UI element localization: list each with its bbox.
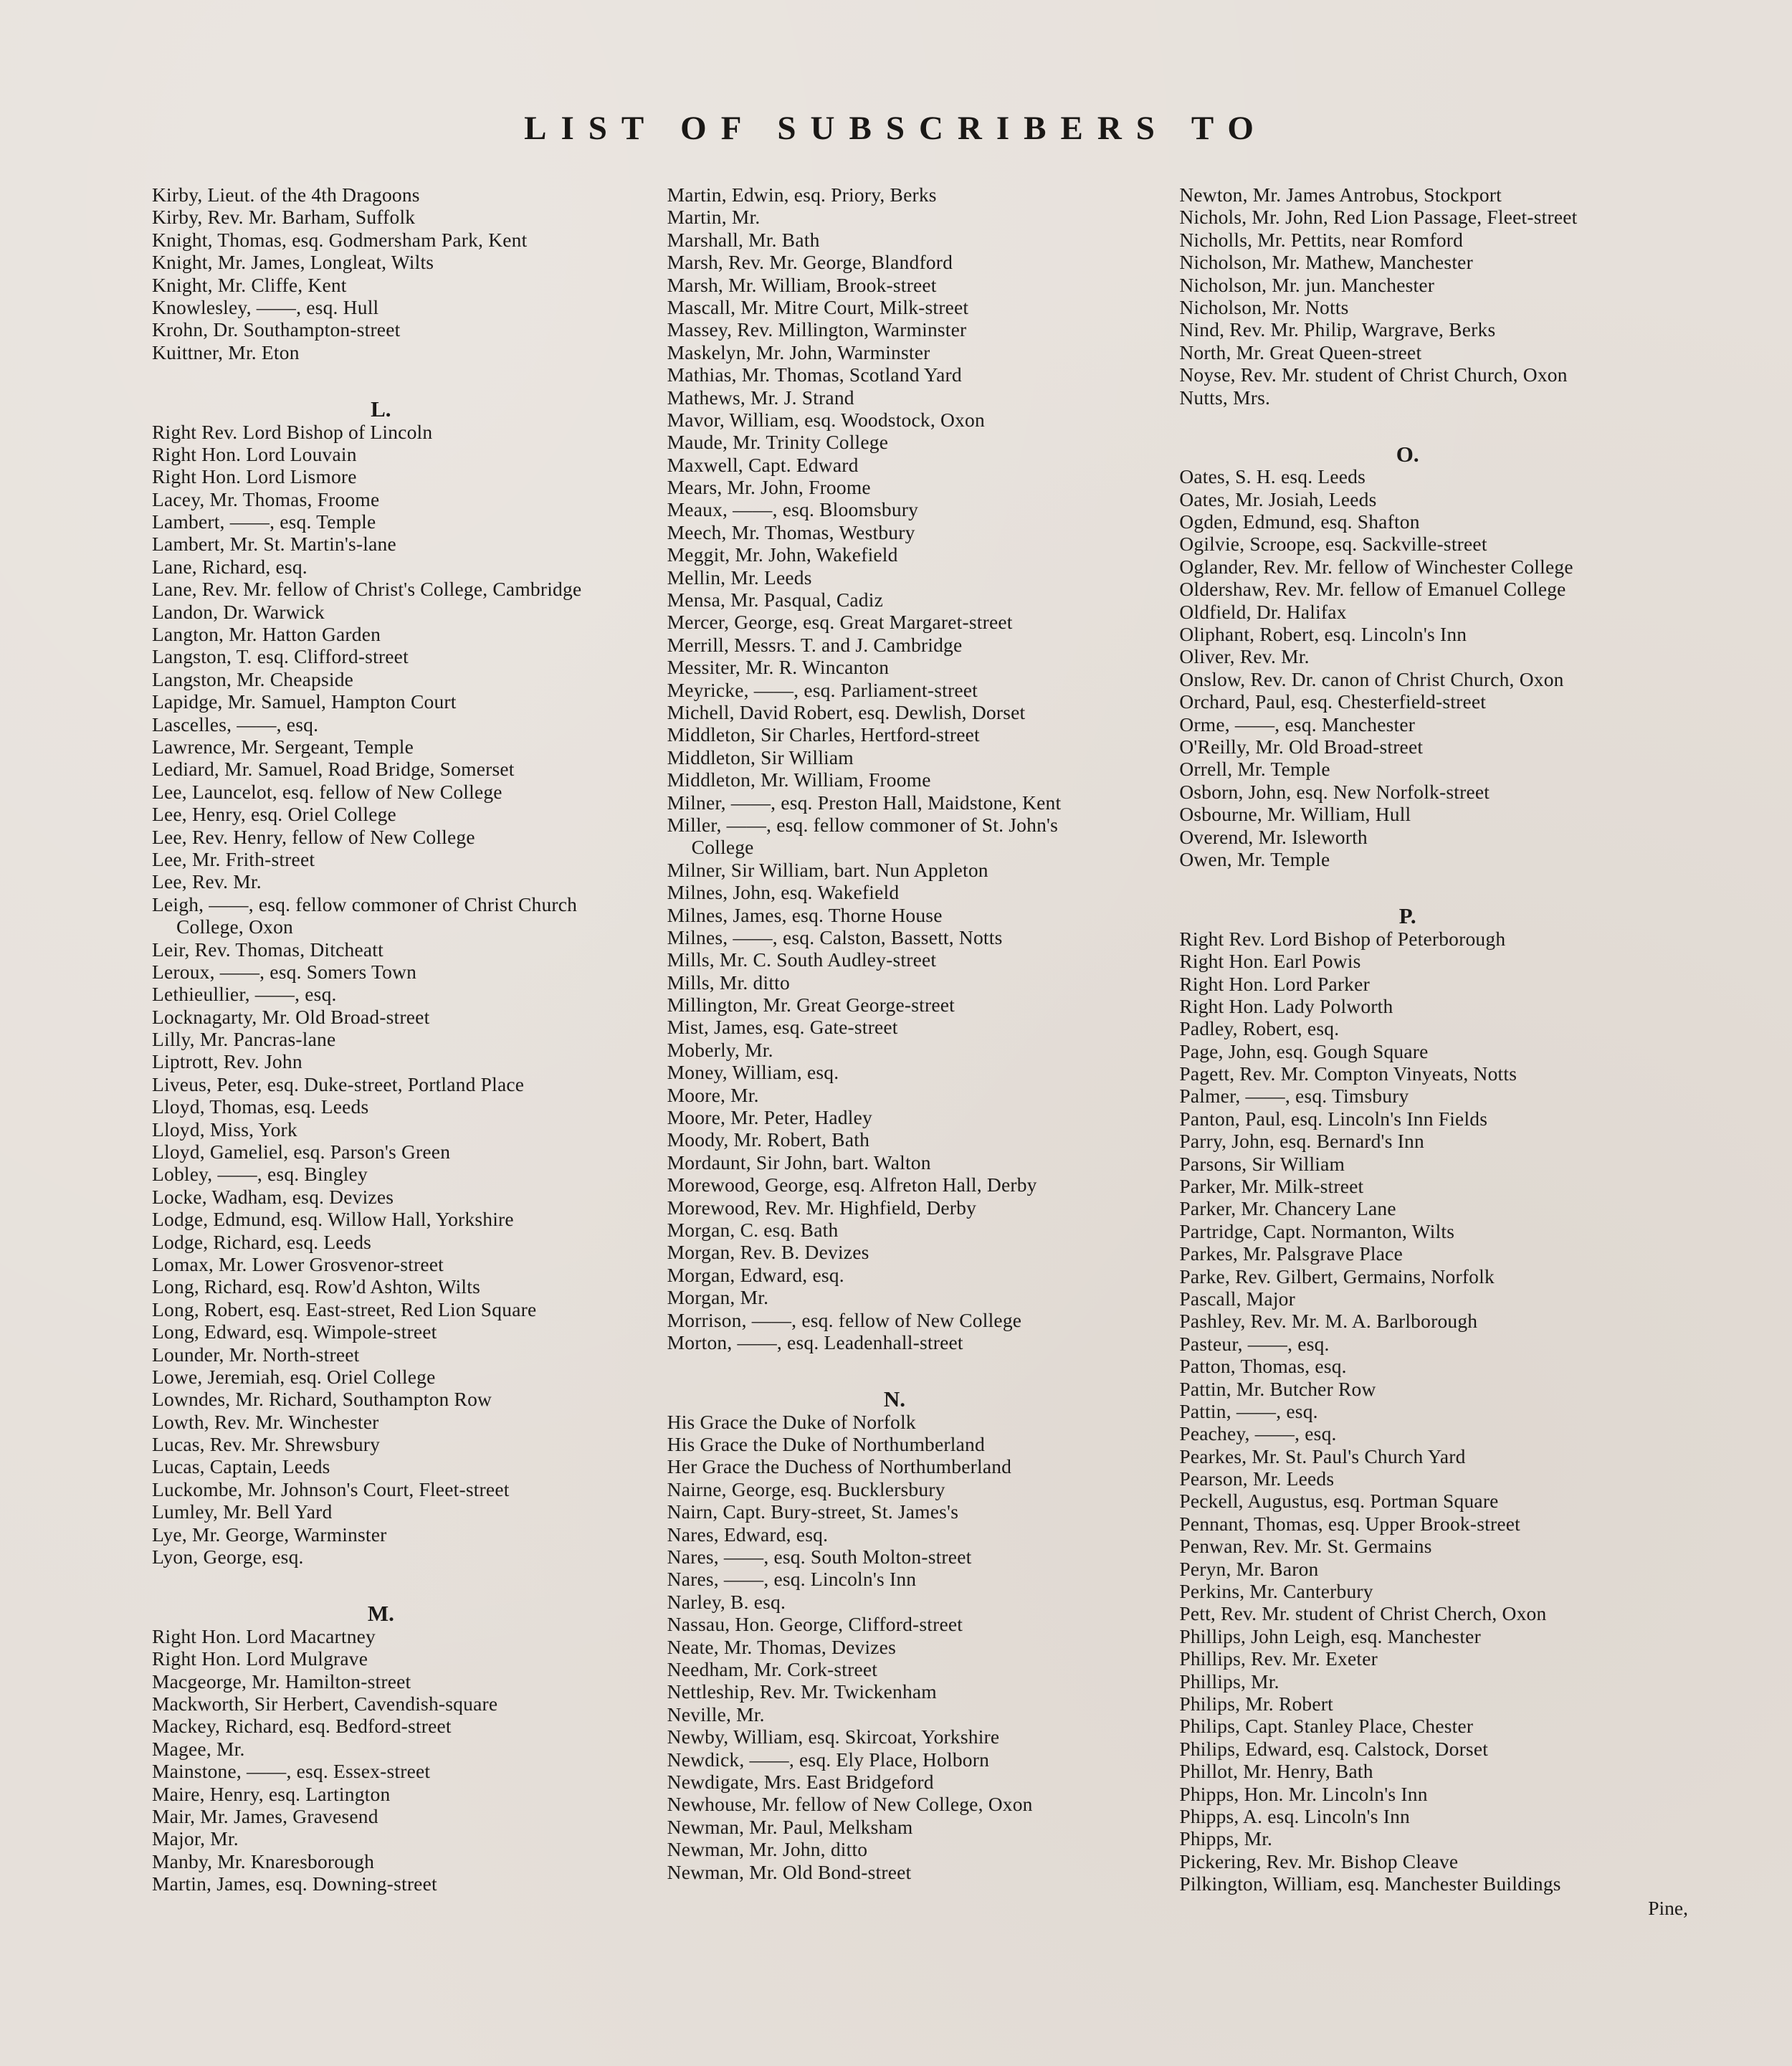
list-item: Padley, Robert, esq. (1179, 1017, 1693, 1039)
list-item: Phipps, Hon. Mr. Lincoln's Inn (1179, 1783, 1693, 1805)
list-item: Marsh, Mr. William, Brook-street (667, 274, 1180, 296)
list-item: His Grace the Duke of Northumberland (667, 1433, 1180, 1455)
list-item: Martin, James, esq. Downing-street (152, 1872, 667, 1895)
list-item: Mist, James, esq. Gate-street (667, 1016, 1180, 1038)
list-item: Nicholson, Mr. jun. Manchester (1179, 274, 1693, 296)
list-item: Panton, Paul, esq. Lincoln's Inn Fields (1179, 1108, 1693, 1130)
list-item: Oates, Mr. Josiah, Leeds (1179, 488, 1693, 510)
list-item: Nettleship, Rev. Mr. Twickenham (667, 1680, 1180, 1703)
list-item: Lambert, Mr. St. Martin's-lane (152, 533, 667, 555)
list-item: North, Mr. Great Queen-street (1179, 341, 1693, 363)
column-3: Newton, Mr. James Antrobus, StockportNic… (1179, 184, 1693, 1895)
list-item: Middleton, Mr. William, Froome (667, 768, 1180, 791)
list-item: Nairne, George, esq. Bucklersbury (667, 1478, 1180, 1500)
list-item: Miller, ——, esq. fellow commoner of St. … (667, 814, 1180, 836)
list-item: Oliver, Rev. Mr. (1179, 645, 1693, 667)
list-item: O'Reilly, Mr. Old Broad-street (1179, 736, 1693, 758)
list-item: Newman, Mr. Old Bond-street (667, 1861, 1180, 1883)
list-item: Liveus, Peter, esq. Duke-street, Portlan… (152, 1073, 667, 1095)
list-item: Phillot, Mr. Henry, Bath (1179, 1760, 1693, 1782)
list-item: Milner, Sir William, bart. Nun Appleton (667, 859, 1180, 881)
list-item: Perkins, Mr. Canterbury (1179, 1580, 1693, 1602)
list-item: His Grace the Duke of Norfolk (667, 1411, 1180, 1433)
list-item: Leroux, ——, esq. Somers Town (152, 961, 667, 983)
list-item: Pearkes, Mr. St. Paul's Church Yard (1179, 1445, 1693, 1467)
list-item: Massey, Rev. Millington, Warminster (667, 318, 1180, 341)
list-item: Meaux, ——, esq. Bloomsbury (667, 498, 1180, 520)
list-item: Right Hon. Lady Polworth (1179, 995, 1693, 1017)
list-item: Mills, Mr. ditto (667, 971, 1180, 994)
list-item: Nares, Edward, esq. (667, 1523, 1180, 1546)
list-item: Mercer, George, esq. Great Margaret-stre… (667, 611, 1180, 633)
list-item: Morton, ——, esq. Leadenhall-street (667, 1331, 1180, 1353)
list-item: Phillips, John Leigh, esq. Manchester (1179, 1625, 1693, 1647)
list-item: Marshall, Mr. Bath (667, 229, 1180, 251)
list-item: Morewood, Rev. Mr. Highfield, Derby (667, 1196, 1180, 1219)
list-item: Mordaunt, Sir John, bart. Walton (667, 1151, 1180, 1174)
list-item: Right Rev. Lord Bishop of Lincoln (152, 421, 667, 443)
list-item: Lane, Rev. Mr. fellow of Christ's Colleg… (152, 578, 667, 600)
list-item: Oates, S. H. esq. Leeds (1179, 465, 1693, 487)
section-letter: N. (667, 1388, 1180, 1410)
list-item: Kirby, Rev. Mr. Barham, Suffolk (152, 206, 667, 228)
list-item: Lucas, Captain, Leeds (152, 1455, 667, 1477)
list-item: Pagett, Rev. Mr. Compton Vinyeats, Notts (1179, 1062, 1693, 1085)
list-item: Phipps, Mr. (1179, 1827, 1693, 1850)
list-item: Moody, Mr. Robert, Bath (667, 1128, 1180, 1151)
list-item: Lediard, Mr. Samuel, Road Bridge, Somers… (152, 758, 667, 780)
list-item: Landon, Dr. Warwick (152, 601, 667, 623)
list-item: Money, William, esq. (667, 1061, 1180, 1083)
list-item: Lowth, Rev. Mr. Winchester (152, 1411, 667, 1433)
list-item: Pattin, ——, esq. (1179, 1400, 1693, 1422)
list-item: Pilkington, William, esq. Manchester Bui… (1179, 1872, 1693, 1895)
list-item: Parker, Mr. Chancery Lane (1179, 1197, 1693, 1219)
list-item: Lacey, Mr. Thomas, Froome (152, 488, 667, 510)
list-item: Nichols, Mr. John, Red Lion Passage, Fle… (1179, 206, 1693, 228)
subscriber-columns: Kirby, Lieut. of the 4th DragoonsKirby, … (152, 184, 1693, 1895)
list-item: Lloyd, Miss, York (152, 1118, 667, 1141)
list-item: Parke, Rev. Gilbert, Germains, Norfolk (1179, 1265, 1693, 1287)
list-item: Phipps, A. esq. Lincoln's Inn (1179, 1805, 1693, 1827)
list-item: Ogden, Edmund, esq. Shafton (1179, 510, 1693, 533)
section-letter: M. (152, 1602, 667, 1624)
list-item: Right Hon. Earl Powis (1179, 950, 1693, 972)
list-item: Meggit, Mr. John, Wakefield (667, 543, 1180, 566)
list-item: Right Hon. Lord Mulgrave (152, 1647, 667, 1670)
list-item: Penwan, Rev. Mr. St. Germains (1179, 1535, 1693, 1557)
section-letter: P. (1179, 905, 1693, 927)
list-item: Martin, Mr. (667, 206, 1180, 228)
list-item: Nares, ——, esq. South Molton-street (667, 1546, 1180, 1568)
list-item: Owen, Mr. Temple (1179, 848, 1693, 870)
list-item: Lethieullier, ——, esq. (152, 983, 667, 1005)
list-item: Lowndes, Mr. Richard, Southampton Row (152, 1388, 667, 1410)
list-item: Luckombe, Mr. Johnson's Court, Fleet-str… (152, 1478, 667, 1500)
list-item: Maire, Henry, esq. Lartington (152, 1783, 667, 1805)
list-item: Oldershaw, Rev. Mr. fellow of Emanuel Co… (1179, 578, 1693, 600)
list-item: Millington, Mr. Great George-street (667, 994, 1180, 1016)
list-item: Pearson, Mr. Leeds (1179, 1467, 1693, 1490)
list-item: Osborn, John, esq. New Norfolk-street (1179, 781, 1693, 803)
list-item: Oldfield, Dr. Halifax (1179, 601, 1693, 623)
list-item: Maude, Mr. Trinity College (667, 431, 1180, 453)
list-item: Her Grace the Duchess of Northumberland (667, 1455, 1180, 1477)
list-item: Lobley, ——, esq. Bingley (152, 1163, 667, 1185)
list-item: Lee, Launcelot, esq. fellow of New Colle… (152, 781, 667, 803)
list-item: Maskelyn, Mr. John, Warminster (667, 341, 1180, 363)
list-item: Langton, Mr. Hatton Garden (152, 623, 667, 645)
list-item-continuation: College (667, 836, 1180, 858)
section-letter: O. (1179, 443, 1693, 465)
list-item: Narley, B. esq. (667, 1591, 1180, 1613)
list-item: Nairn, Capt. Bury-street, St. James's (667, 1500, 1180, 1523)
list-item: Lee, Mr. Frith-street (152, 848, 667, 870)
list-item: Moore, Mr. (667, 1084, 1180, 1106)
list-item: Morgan, C. esq. Bath (667, 1219, 1180, 1241)
list-item: Nassau, Hon. George, Clifford-street (667, 1613, 1180, 1635)
list-item: Locke, Wadham, esq. Devizes (152, 1186, 667, 1208)
list-item: Middleton, Sir Charles, Hertford-street (667, 723, 1180, 746)
list-item: Milnes, ——, esq. Calston, Bassett, Notts (667, 926, 1180, 948)
list-item: Parker, Mr. Milk-street (1179, 1175, 1693, 1197)
list-item: Onslow, Rev. Dr. canon of Christ Church,… (1179, 668, 1693, 690)
list-item: Pett, Rev. Mr. student of Christ Cherch,… (1179, 1602, 1693, 1624)
list-item: Moberly, Mr. (667, 1039, 1180, 1061)
list-item: Knight, Mr. James, Longleat, Wilts (152, 251, 667, 273)
list-item: Phillips, Rev. Mr. Exeter (1179, 1647, 1693, 1670)
list-item: Mascall, Mr. Mitre Court, Milk-street (667, 296, 1180, 318)
list-item: Knight, Mr. Cliffe, Kent (152, 274, 667, 296)
list-item: Mackey, Richard, esq. Bedford-street (152, 1715, 667, 1737)
list-item: Morgan, Mr. (667, 1286, 1180, 1308)
list-item: Knowlesley, ——, esq. Hull (152, 296, 667, 318)
list-item: Magee, Mr. (152, 1738, 667, 1760)
list-item: Orme, ——, esq. Manchester (1179, 713, 1693, 736)
list-item: Locknagarty, Mr. Old Broad-street (152, 1006, 667, 1028)
list-item: Lilly, Mr. Pancras-lane (152, 1028, 667, 1050)
list-item: Neate, Mr. Thomas, Devizes (667, 1636, 1180, 1658)
list-item: Overend, Mr. Isleworth (1179, 826, 1693, 848)
list-item: Moore, Mr. Peter, Hadley (667, 1106, 1180, 1128)
list-item: Right Hon. Lord Parker (1179, 973, 1693, 995)
list-item: Mavor, William, esq. Woodstock, Oxon (667, 409, 1180, 431)
list-item: Lee, Rev. Mr. (152, 870, 667, 892)
list-item: Pasteur, ——, esq. (1179, 1333, 1693, 1355)
list-item: Lambert, ——, esq. Temple (152, 510, 667, 533)
list-item: Pennant, Thomas, esq. Upper Brook-street (1179, 1513, 1693, 1535)
list-item: Phillips, Mr. (1179, 1670, 1693, 1693)
list-item: Mathias, Mr. Thomas, Scotland Yard (667, 363, 1180, 386)
list-item: Lucas, Rev. Mr. Shrewsbury (152, 1433, 667, 1455)
list-item: Right Hon. Lord Lismore (152, 465, 667, 487)
list-item: Nicholls, Mr. Pettits, near Romford (1179, 229, 1693, 251)
list-item: Lowe, Jeremiah, esq. Oriel College (152, 1366, 667, 1388)
list-item: Meyricke, ——, esq. Parliament-street (667, 679, 1180, 701)
list-item: Oglander, Rev. Mr. fellow of Winchester … (1179, 556, 1693, 578)
list-item: Mensa, Mr. Pasqual, Cadiz (667, 589, 1180, 611)
list-item: Kirby, Lieut. of the 4th Dragoons (152, 184, 667, 206)
list-item: Morgan, Rev. B. Devizes (667, 1241, 1180, 1263)
list-item: Lounder, Mr. North-street (152, 1343, 667, 1366)
list-item-continuation: College, Oxon (152, 915, 667, 938)
list-item: Newdick, ——, esq. Ely Place, Holborn (667, 1748, 1180, 1771)
list-item: Lye, Mr. George, Warminster (152, 1523, 667, 1546)
list-item: Lloyd, Thomas, esq. Leeds (152, 1095, 667, 1118)
list-item: Nutts, Mrs. (1179, 386, 1693, 409)
list-item: Meech, Mr. Thomas, Westbury (667, 521, 1180, 543)
list-item: Langston, Mr. Cheapside (152, 668, 667, 690)
list-item: Lodge, Richard, esq. Leeds (152, 1231, 667, 1253)
list-item: Page, John, esq. Gough Square (1179, 1040, 1693, 1062)
list-item: Orchard, Paul, esq. Chesterfield-street (1179, 690, 1693, 713)
list-item: Right Hon. Lord Louvain (152, 443, 667, 465)
list-item: Newby, William, esq. Skircoat, Yorkshire (667, 1725, 1180, 1748)
list-item: Lee, Rev. Henry, fellow of New College (152, 826, 667, 848)
list-item: Merrill, Messrs. T. and J. Cambridge (667, 634, 1180, 656)
list-item: Pashley, Rev. Mr. M. A. Barlborough (1179, 1310, 1693, 1332)
list-item: Nicholson, Mr. Notts (1179, 296, 1693, 318)
list-item: Macgeorge, Mr. Hamilton-street (152, 1670, 667, 1693)
list-item: Lane, Richard, esq. (152, 556, 667, 578)
list-item: Lascelles, ——, esq. (152, 713, 667, 736)
list-item: Morewood, George, esq. Alfreton Hall, De… (667, 1174, 1180, 1196)
list-item: Maxwell, Capt. Edward (667, 454, 1180, 476)
list-item: Lloyd, Gameliel, esq. Parson's Green (152, 1141, 667, 1163)
list-item: Partridge, Capt. Normanton, Wilts (1179, 1220, 1693, 1242)
list-item: Right Rev. Lord Bishop of Peterborough (1179, 928, 1693, 950)
list-item: Morrison, ——, esq. fellow of New College (667, 1309, 1180, 1331)
list-item: Lapidge, Mr. Samuel, Hampton Court (152, 690, 667, 713)
list-item: Osbourne, Mr. William, Hull (1179, 803, 1693, 825)
list-item: Orrell, Mr. Temple (1179, 758, 1693, 780)
list-item: Right Hon. Lord Macartney (152, 1625, 667, 1647)
list-item: Middleton, Sir William (667, 746, 1180, 768)
catchword: Pine, (1648, 1897, 1688, 1920)
list-item: Parsons, Sir William (1179, 1153, 1693, 1175)
list-item: Michell, David Robert, esq. Dewlish, Dor… (667, 701, 1180, 723)
list-item: Philips, Edward, esq. Calstock, Dorset (1179, 1738, 1693, 1760)
list-item: Pascall, Major (1179, 1287, 1693, 1310)
list-item: Mears, Mr. John, Froome (667, 476, 1180, 498)
list-item: Mainstone, ——, esq. Essex-street (152, 1760, 667, 1782)
list-item: Palmer, ——, esq. Timsbury (1179, 1085, 1693, 1107)
list-item: Needham, Mr. Cork-street (667, 1658, 1180, 1680)
list-item: Nares, ——, esq. Lincoln's Inn (667, 1568, 1180, 1590)
list-item: Morgan, Edward, esq. (667, 1264, 1180, 1286)
list-item: Mellin, Mr. Leeds (667, 566, 1180, 589)
list-item: Peachey, ——, esq. (1179, 1422, 1693, 1444)
list-item: Nind, Rev. Mr. Philip, Wargrave, Berks (1179, 318, 1693, 341)
list-item: Lodge, Edmund, esq. Willow Hall, Yorkshi… (152, 1208, 667, 1230)
list-item: Peryn, Mr. Baron (1179, 1558, 1693, 1580)
list-item: Long, Edward, esq. Wimpole-street (152, 1320, 667, 1343)
list-item: Nicholson, Mr. Mathew, Manchester (1179, 251, 1693, 273)
list-item: Lawrence, Mr. Sergeant, Temple (152, 736, 667, 758)
list-item: Leigh, ——, esq. fellow commoner of Chris… (152, 893, 667, 915)
list-item: Patton, Thomas, esq. (1179, 1355, 1693, 1377)
list-item: Philips, Mr. Robert (1179, 1693, 1693, 1715)
list-item: Parkes, Mr. Palsgrave Place (1179, 1242, 1693, 1265)
column-1: Kirby, Lieut. of the 4th DragoonsKirby, … (152, 184, 667, 1895)
list-item: Lee, Henry, esq. Oriel College (152, 803, 667, 825)
list-item: Newton, Mr. James Antrobus, Stockport (1179, 184, 1693, 206)
column-2: Martin, Edwin, esq. Priory, BerksMartin,… (667, 184, 1180, 1895)
list-item: Krohn, Dr. Southampton-street (152, 318, 667, 341)
list-item: Newman, Mr. Paul, Melksham (667, 1816, 1180, 1838)
list-item: Lumley, Mr. Bell Yard (152, 1500, 667, 1523)
list-item: Neville, Mr. (667, 1703, 1180, 1725)
list-item: Leir, Rev. Thomas, Ditcheatt (152, 938, 667, 961)
list-item: Lyon, George, esq. (152, 1546, 667, 1568)
list-item: Newman, Mr. John, ditto (667, 1838, 1180, 1860)
list-item: Langston, T. esq. Clifford-street (152, 645, 667, 667)
list-item: Long, Richard, esq. Row'd Ashton, Wilts (152, 1275, 667, 1298)
list-item: Pickering, Rev. Mr. Bishop Cleave (1179, 1850, 1693, 1872)
list-item: Noyse, Rev. Mr. student of Christ Church… (1179, 363, 1693, 386)
list-item: Oliphant, Robert, esq. Lincoln's Inn (1179, 623, 1693, 645)
list-item: Long, Robert, esq. East-street, Red Lion… (152, 1298, 667, 1320)
page-title: LIST OF SUBSCRIBERS TO (0, 109, 1792, 148)
list-item: Mathews, Mr. J. Strand (667, 386, 1180, 409)
section-letter: L. (152, 398, 667, 420)
list-item: Newhouse, Mr. fellow of New College, Oxo… (667, 1793, 1180, 1815)
list-item: Mills, Mr. C. South Audley-street (667, 948, 1180, 971)
list-item: Milner, ——, esq. Preston Hall, Maidstone… (667, 791, 1180, 814)
list-item: Mair, Mr. James, Gravesend (152, 1805, 667, 1827)
list-item: Messiter, Mr. R. Wincanton (667, 656, 1180, 678)
list-item: Martin, Edwin, esq. Priory, Berks (667, 184, 1180, 206)
list-item: Manby, Mr. Knaresborough (152, 1850, 667, 1872)
list-item: Lomax, Mr. Lower Grosvenor-street (152, 1253, 667, 1275)
list-item: Kuittner, Mr. Eton (152, 341, 667, 363)
list-item: Ogilvie, Scroope, esq. Sackville-street (1179, 533, 1693, 555)
list-item: Knight, Thomas, esq. Godmersham Park, Ke… (152, 229, 667, 251)
list-item: Marsh, Rev. Mr. George, Blandford (667, 251, 1180, 273)
list-item: Milnes, James, esq. Thorne House (667, 904, 1180, 926)
list-item: Parry, John, esq. Bernard's Inn (1179, 1130, 1693, 1152)
list-item: Mackworth, Sir Herbert, Cavendish-square (152, 1693, 667, 1715)
list-item: Major, Mr. (152, 1827, 667, 1850)
list-item: Philips, Capt. Stanley Place, Chester (1179, 1715, 1693, 1737)
list-item: Milnes, John, esq. Wakefield (667, 881, 1180, 903)
list-item: Liptrott, Rev. John (152, 1050, 667, 1072)
list-item: Newdigate, Mrs. East Bridgeford (667, 1771, 1180, 1793)
list-item: Pattin, Mr. Butcher Row (1179, 1378, 1693, 1400)
list-item: Peckell, Augustus, esq. Portman Square (1179, 1490, 1693, 1512)
